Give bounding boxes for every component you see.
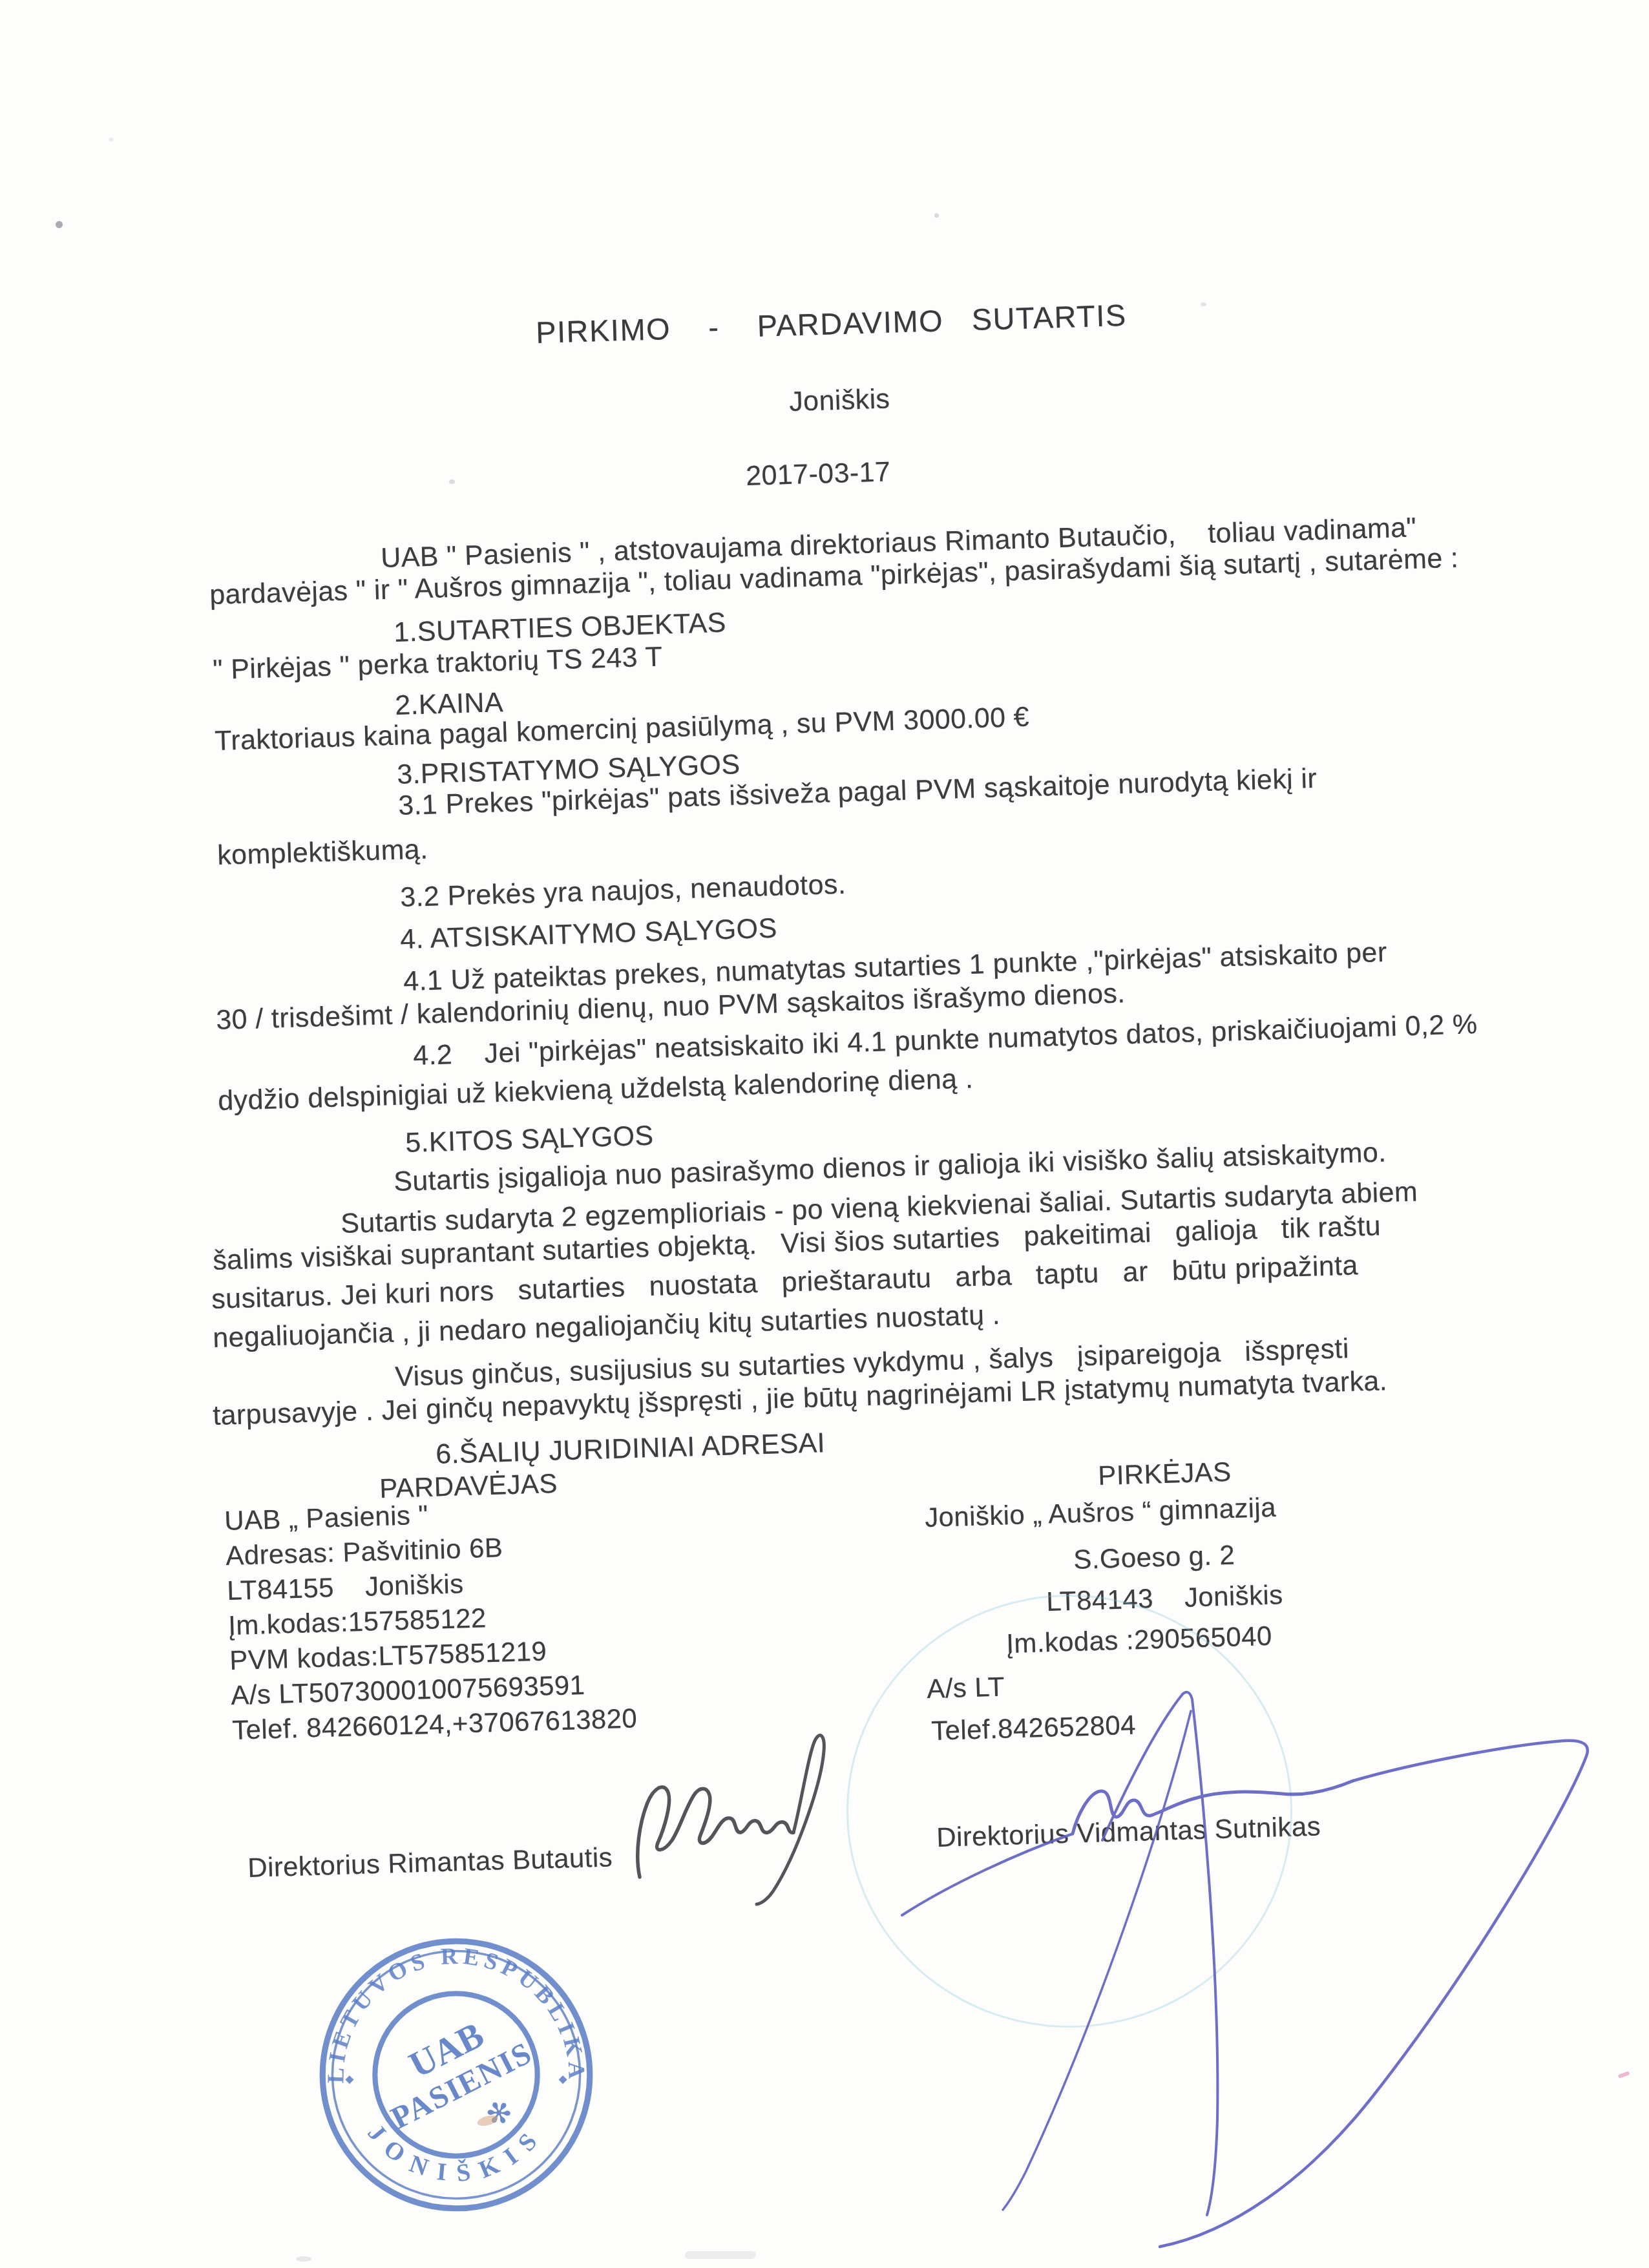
seller-vat-code: PVM kodas:LT575851219 (229, 1636, 547, 1675)
body-line: dydžio delspinigiai už kiekvieną uždelst… (218, 1064, 974, 1117)
scan-speck (1201, 302, 1206, 306)
body-line: komplektiškumą. (217, 834, 428, 871)
company-round-stamp: LIETUVOS RESPUBLIKA JONIŠKIS ◆ ◆ UAB PAS… (312, 1931, 600, 2219)
seller-signer-label: Direktorius Rimantas Butautis (247, 1842, 613, 1883)
buyer-name: Joniškio „ Aušros “ gimnazija (925, 1493, 1277, 1533)
scan-speck (109, 138, 114, 142)
document-place: Joniškis (789, 384, 890, 417)
seller-address: Adresas: Pašvitinio 6B (226, 1533, 503, 1571)
section-heading: 5.KITOS SĄLYGOS (405, 1121, 655, 1159)
scan-speck-pink (1618, 2071, 1630, 2079)
seller-name: UAB „ Pasienis " (224, 1500, 429, 1537)
stamp-flower-symbol: ✻ (481, 2092, 518, 2134)
section-heading: 1.SUTARTIES OBJEKTAS (394, 608, 727, 649)
scan-smudge (296, 2256, 311, 2262)
seller-phone: Telef. 842660124,+37067613820 (232, 1703, 638, 1745)
body-line: Traktoriaus kaina pagal komercinį pasiūl… (215, 702, 1030, 757)
section-heading: 2.KAINA (395, 688, 504, 721)
stamp-diamond-left: ◆ (345, 2072, 354, 2085)
scan-speck (56, 221, 63, 228)
scanned-contract-page: PIRKIMO - PARDAVIMO SUTARTIS Joniškis 20… (0, 0, 1649, 2268)
seller-signature-tall-loop (757, 1736, 824, 1904)
seller-header: PARDAVĖJAS (379, 1469, 558, 1504)
seller-company-code: Įm.kodas:157585122 (228, 1603, 487, 1641)
section-heading: 4. ATSISKAITYMO SĄLYGOS (400, 914, 778, 956)
scan-speck (449, 479, 455, 484)
document-title: PIRKIMO - PARDAVIMO SUTARTIS (535, 299, 1127, 350)
scan-speck (934, 213, 939, 218)
section-heading: 6.ŠALIŲ JURIDINIAI ADRESAI (436, 1428, 826, 1470)
seller-signature-scrawl (638, 1787, 793, 1877)
buyer-address: S.Goeso g. 2 (1073, 1540, 1235, 1575)
document-date: 2017-03-17 (746, 457, 891, 492)
body-line: 3.2 Prekės yra naujos, nenaudotos. (400, 870, 846, 914)
body-line: " Pirkėjas " perka traktorių TS 243 T (213, 642, 663, 686)
buyer-header: PIRKĖJAS (1098, 1457, 1232, 1491)
seller-account: A/s LT507300010075693591 (231, 1670, 585, 1710)
scan-smudge (685, 2251, 756, 2259)
seller-postal: LT84155 Joniškis (227, 1569, 465, 1606)
faint-stamp-ghost (846, 1595, 1292, 2028)
stamp-diamond-right: ◆ (559, 2072, 568, 2085)
